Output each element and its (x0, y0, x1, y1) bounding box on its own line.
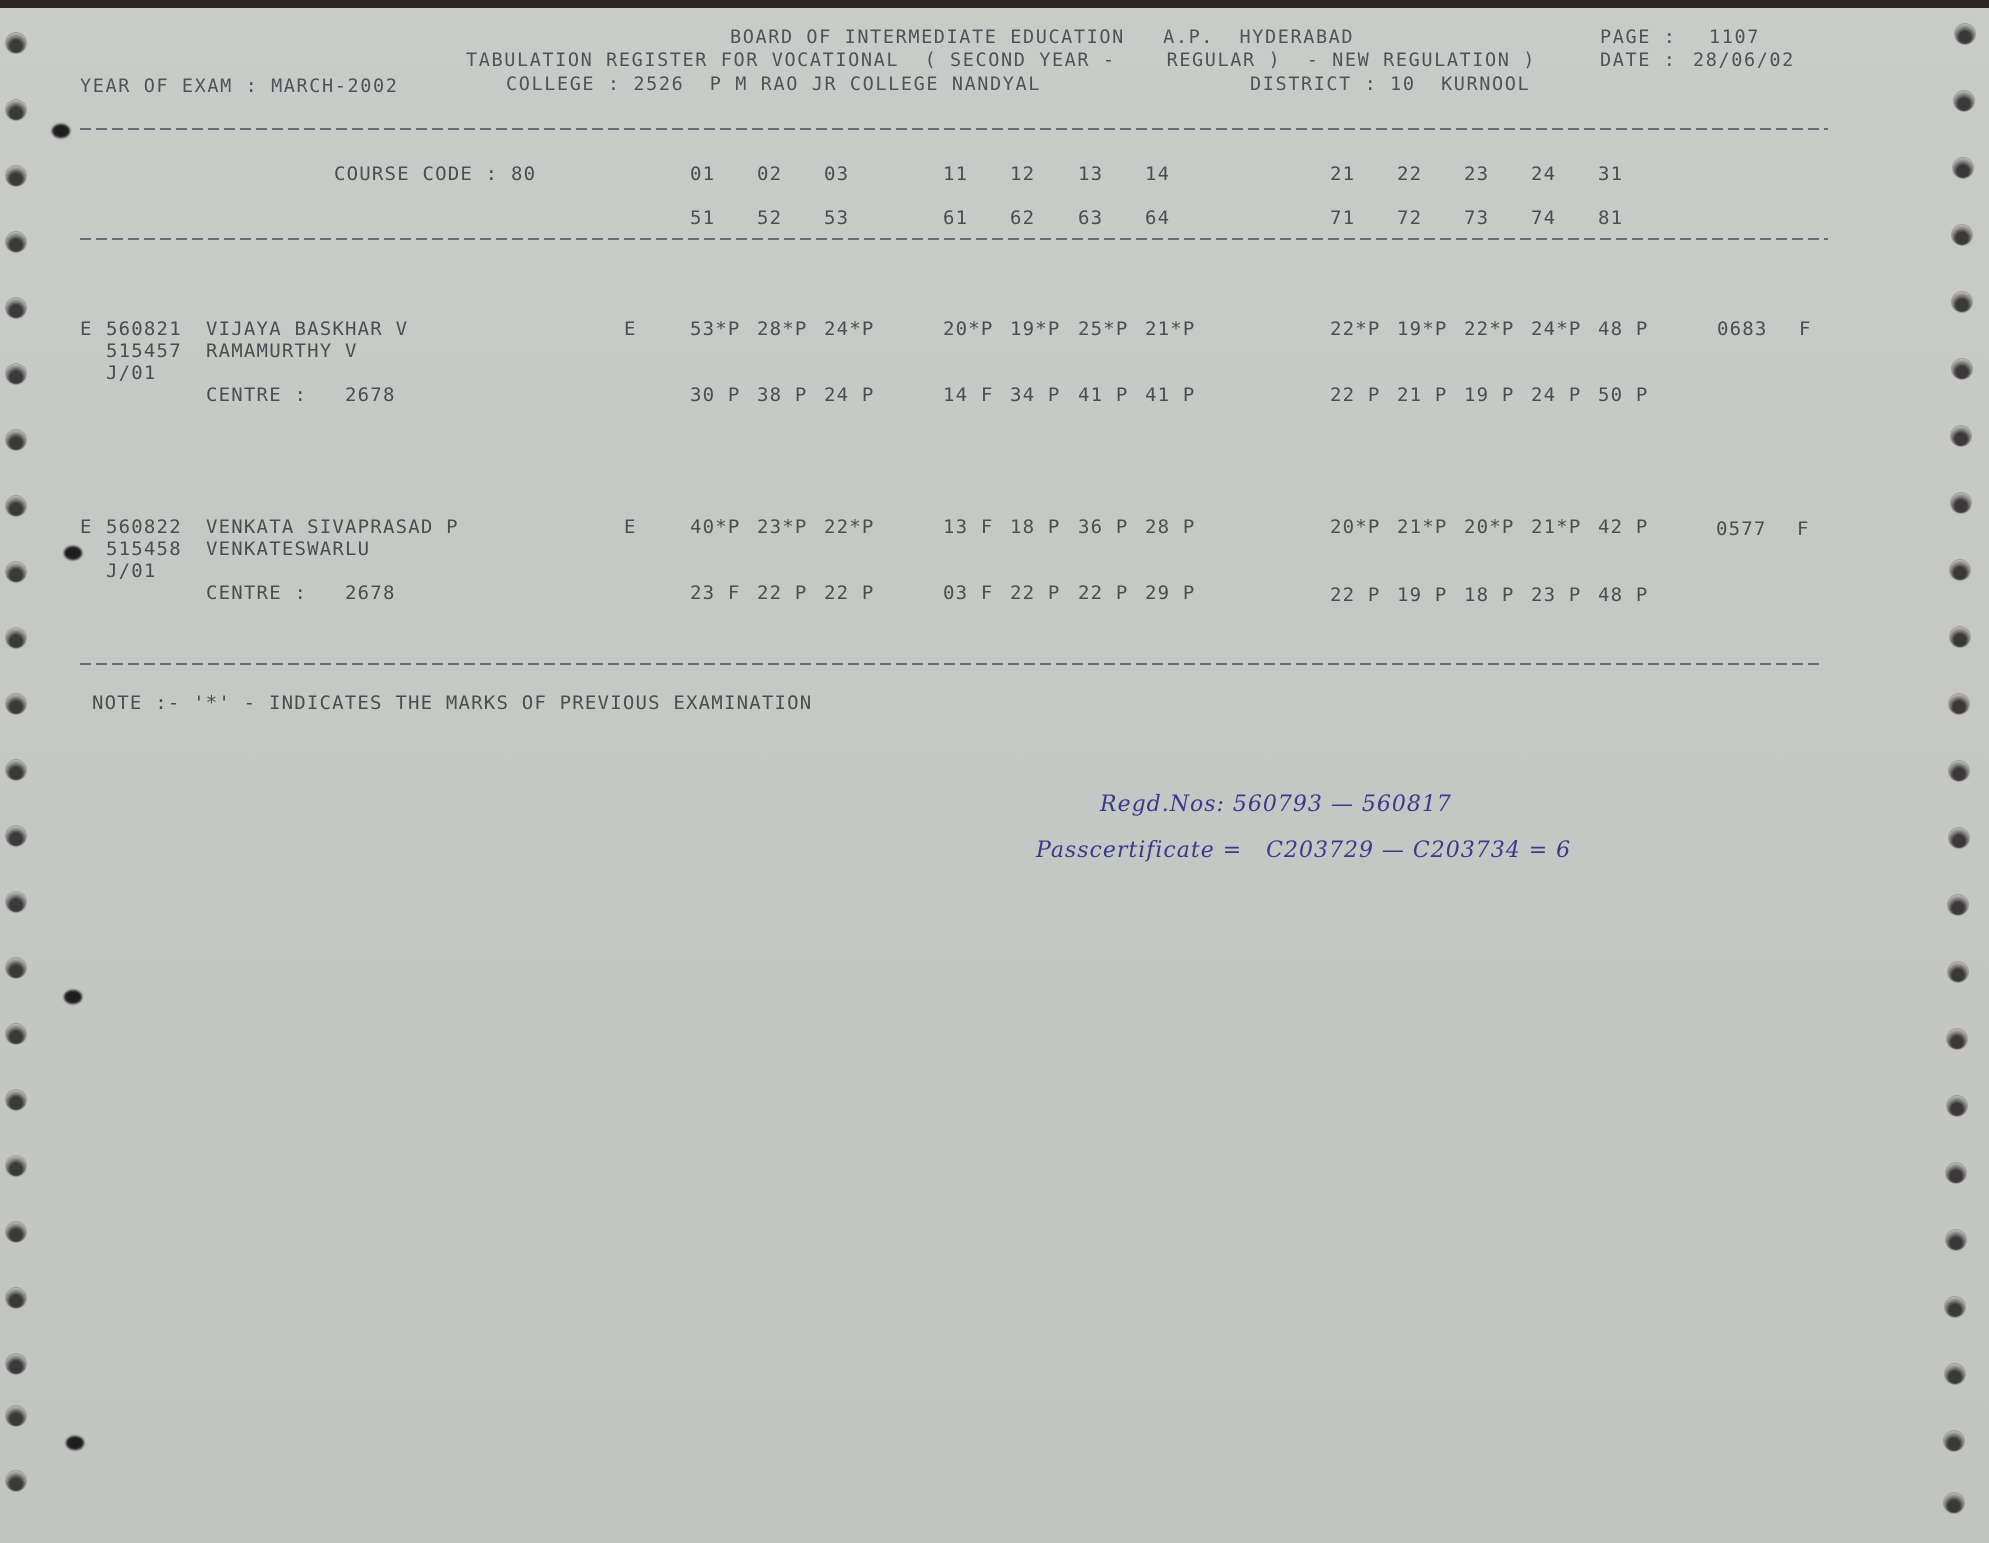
subject-code: 22 (1397, 163, 1422, 185)
sprocket-hole-icon (1952, 359, 1972, 379)
district-info: DISTRICT : 10 KURNOOL (1250, 74, 1530, 96)
mark-cell: 18 P (1010, 516, 1061, 538)
mark-cell: 53*P (690, 318, 741, 340)
sprocket-hole-icon (6, 1222, 26, 1242)
sprocket-hole-icon (1953, 158, 1973, 178)
sprocket-hole-icon (6, 694, 26, 714)
mark-cell: 48 P (1598, 318, 1649, 340)
footnote: NOTE :- '*' - INDICATES THE MARKS OF PRE… (92, 692, 812, 714)
handwritten-regd-range: Regd.Nos: 560793 — 560817 (1100, 792, 1452, 817)
batch-code: J/01 (106, 362, 157, 384)
sprocket-hole-icon (6, 958, 26, 978)
subject-code: 72 (1397, 207, 1422, 229)
sprocket-hole-icon (6, 562, 26, 582)
sprocket-hole-icon (6, 33, 26, 53)
college-info: COLLEGE : 2526 P M RAO JR COLLEGE NANDYA… (506, 74, 1041, 96)
page-number: 1107 (1709, 27, 1760, 49)
mark-cell: 48 P (1598, 584, 1649, 606)
sprocket-hole-icon (1952, 292, 1972, 312)
total-marks: 0683 (1717, 318, 1768, 340)
total-marks: 0577 (1716, 518, 1767, 540)
batch-code: J/01 (106, 560, 157, 582)
sprocket-hole-icon (1950, 627, 1970, 647)
mark-cell: 41 P (1145, 384, 1196, 406)
sprocket-hole-icon (6, 628, 26, 648)
sprocket-hole-icon (1954, 91, 1974, 111)
mark-cell: 19 P (1397, 584, 1448, 606)
sprocket-hole-icon (6, 298, 26, 318)
sprocket-hole-icon (1946, 1163, 1966, 1183)
mark-cell: 22 P (1078, 582, 1129, 604)
sprocket-hole-icon (1951, 493, 1971, 513)
year-of-exam: YEAR OF EXAM : MARCH-2002 (80, 76, 398, 98)
roll-number: 515458 (106, 538, 182, 560)
mark-cell: 19 P (1464, 384, 1515, 406)
mark-cell: 18 P (1464, 584, 1515, 606)
mark-cell: 34 P (1010, 384, 1061, 406)
subject-code: 01 (690, 163, 715, 185)
course-code-label: COURSE CODE : 80 (334, 163, 536, 185)
punch-mark-icon (64, 990, 82, 1004)
mark-cell: 22*P (824, 516, 875, 538)
sprocket-hole-icon (6, 166, 26, 186)
centre-code: CENTRE : 2678 (206, 384, 396, 406)
student-name: VIJAYA BASKHAR V (206, 318, 408, 340)
punch-mark-icon (66, 1436, 84, 1450)
mark-cell: 23*P (757, 516, 808, 538)
mark-cell: 40*P (690, 516, 741, 538)
sprocket-hole-icon (1949, 828, 1969, 848)
record-prefix: E (80, 318, 93, 340)
mark-cell: 14 F (943, 384, 994, 406)
mark-cell: 22 P (1330, 584, 1381, 606)
sprocket-hole-icon (6, 1471, 26, 1491)
hall-ticket-number: 560822 (106, 516, 182, 538)
medium-code: E (624, 516, 637, 538)
subject-code: 03 (824, 163, 849, 185)
father-name: VENKATESWARLU (206, 538, 370, 560)
mark-cell: 22 P (824, 582, 875, 604)
sprocket-hole-icon (1948, 895, 1968, 915)
sprocket-hole-icon (1950, 560, 1970, 580)
mark-cell: 21*P (1145, 318, 1196, 340)
mark-cell: 50 P (1598, 384, 1649, 406)
record-prefix: E (80, 516, 93, 538)
sprocket-hole-icon (6, 1156, 26, 1176)
sprocket-hole-icon (1945, 1297, 1965, 1317)
sprocket-hole-icon (6, 826, 26, 846)
date-value: 28/06/02 (1693, 50, 1795, 72)
board-title: BOARD OF INTERMEDIATE EDUCATION A.P. HYD… (730, 27, 1354, 49)
mark-cell: 42 P (1598, 516, 1649, 538)
medium-code: E (624, 318, 637, 340)
result-code: F (1799, 318, 1812, 340)
sprocket-hole-icon (6, 1288, 26, 1308)
sprocket-hole-icon (6, 430, 26, 450)
mark-cell: 30 P (690, 384, 741, 406)
subject-code: 11 (943, 163, 968, 185)
register-title: TABULATION REGISTER FOR VOCATIONAL ( SEC… (466, 50, 1536, 72)
sprocket-hole-icon (1949, 761, 1969, 781)
mark-cell: 24*P (824, 318, 875, 340)
sprocket-hole-icon (1947, 1096, 1967, 1116)
sprocket-hole-icon (6, 760, 26, 780)
separator-line (80, 238, 1828, 240)
mark-cell: 29 P (1145, 582, 1196, 604)
subject-code: 52 (757, 207, 782, 229)
mark-cell: 21*P (1531, 516, 1582, 538)
result-code: F (1797, 518, 1810, 540)
sprocket-hole-icon (6, 892, 26, 912)
subject-code: 53 (824, 207, 849, 229)
subject-code: 71 (1330, 207, 1355, 229)
hall-ticket-number: 560821 (106, 318, 182, 340)
page-label: PAGE : (1600, 27, 1676, 49)
mark-cell: 22 P (757, 582, 808, 604)
mark-cell: 28*P (757, 318, 808, 340)
mark-cell: 20*P (943, 318, 994, 340)
mark-cell: 23 F (690, 582, 741, 604)
mark-cell: 38 P (757, 384, 808, 406)
sprocket-hole-icon (6, 1354, 26, 1374)
sprocket-hole-icon (1952, 225, 1972, 245)
subject-code: 81 (1598, 207, 1623, 229)
mark-cell: 20*P (1464, 516, 1515, 538)
mark-cell: 19*P (1010, 318, 1061, 340)
separator-line (80, 663, 1824, 665)
subject-code: 64 (1145, 207, 1170, 229)
mark-cell: 24 P (824, 384, 875, 406)
sprocket-hole-icon (6, 100, 26, 120)
mark-cell: 41 P (1078, 384, 1129, 406)
sprocket-hole-icon (6, 496, 26, 516)
sprocket-hole-icon (6, 1090, 26, 1110)
subject-code: 74 (1531, 207, 1556, 229)
sprocket-hole-icon (6, 232, 26, 252)
mark-cell: 23 P (1531, 584, 1582, 606)
mark-cell: 24*P (1531, 318, 1582, 340)
sprocket-hole-icon (1955, 24, 1975, 44)
centre-code: CENTRE : 2678 (206, 582, 396, 604)
sprocket-hole-icon (1944, 1431, 1964, 1451)
punch-mark-icon (52, 124, 70, 138)
subject-code: 02 (757, 163, 782, 185)
mark-cell: 21*P (1397, 516, 1448, 538)
subject-code: 63 (1078, 207, 1103, 229)
subject-code: 61 (943, 207, 968, 229)
sprocket-hole-icon (1946, 1230, 1966, 1250)
subject-code: 12 (1010, 163, 1035, 185)
mark-cell: 22*P (1330, 318, 1381, 340)
mark-cell: 24 P (1531, 384, 1582, 406)
mark-cell: 03 F (943, 582, 994, 604)
mark-cell: 22 P (1330, 384, 1381, 406)
sprocket-hole-icon (1945, 1364, 1965, 1384)
mark-cell: 25*P (1078, 318, 1129, 340)
subject-code: 13 (1078, 163, 1103, 185)
sprocket-hole-icon (6, 1024, 26, 1044)
sprocket-hole-icon (1948, 962, 1968, 982)
mark-cell: 22 P (1010, 582, 1061, 604)
date-label: DATE : (1600, 50, 1676, 72)
father-name: RAMAMURTHY V (206, 340, 358, 362)
subject-code: 73 (1464, 207, 1489, 229)
subject-code: 51 (690, 207, 715, 229)
mark-cell: 36 P (1078, 516, 1129, 538)
mark-cell: 22*P (1464, 318, 1515, 340)
subject-code: 31 (1598, 163, 1623, 185)
sprocket-hole-icon (1949, 694, 1969, 714)
mark-cell: 28 P (1145, 516, 1196, 538)
punch-mark-icon (64, 546, 82, 560)
separator-line (80, 128, 1828, 130)
sprocket-hole-icon (1944, 1493, 1964, 1513)
mark-cell: 21 P (1397, 384, 1448, 406)
subject-code: 14 (1145, 163, 1170, 185)
subject-code: 62 (1010, 207, 1035, 229)
handwritten-pass-certificate: Passcertificate = C203729 — C203734 = 6 (1036, 838, 1571, 863)
mark-cell: 19*P (1397, 318, 1448, 340)
subject-code: 21 (1330, 163, 1355, 185)
sprocket-hole-icon (6, 1406, 26, 1426)
subject-code: 24 (1531, 163, 1556, 185)
mark-cell: 20*P (1330, 516, 1381, 538)
subject-code: 23 (1464, 163, 1489, 185)
mark-cell: 13 F (943, 516, 994, 538)
sprocket-hole-icon (1947, 1029, 1967, 1049)
sprocket-hole-icon (6, 364, 26, 384)
student-name: VENKATA SIVAPRASAD P (206, 516, 459, 538)
sprocket-hole-icon (1951, 426, 1971, 446)
roll-number: 515457 (106, 340, 182, 362)
